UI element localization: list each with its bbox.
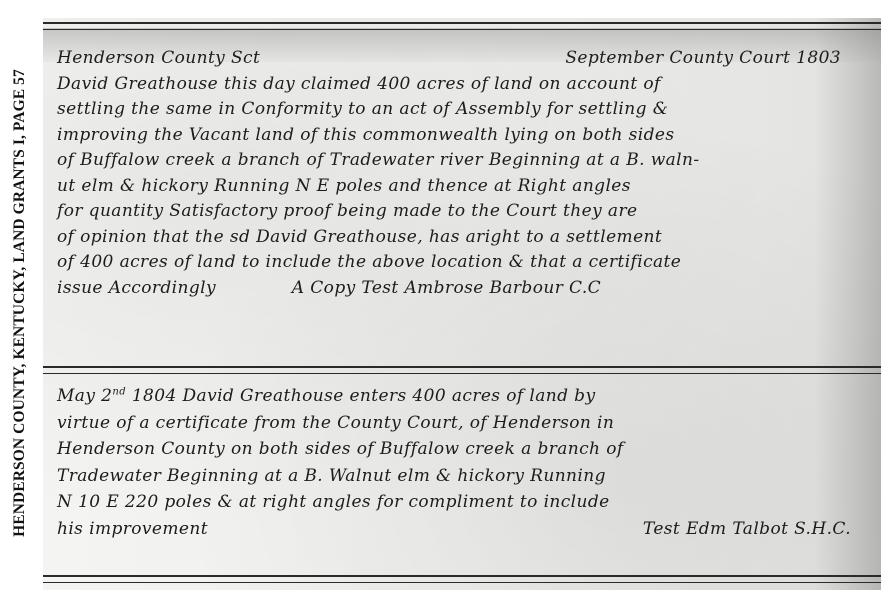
surveyor-attestation: Test Edm Talbot S.H.C. <box>643 519 851 539</box>
text-line: Henderson County on both sides of Buffal… <box>57 439 871 466</box>
archive-reference-text: HENDERSON COUNTY, KENTUCKY, LAND GRANTS … <box>11 69 29 537</box>
entry-heading: Henderson County Sct September County Co… <box>57 48 871 74</box>
closing-line: issue Accordingly A Copy Test Ambrose Ba… <box>57 278 871 304</box>
entry-first-line: May 2nd 1804 David Greathouse enters 400… <box>57 386 871 413</box>
top-rule <box>43 22 881 30</box>
text-line: improving the Vacant land of this common… <box>57 125 871 151</box>
document-page: Henderson County Sct September County Co… <box>43 18 881 590</box>
entry-date: May 2nd 1804 <box>57 386 177 406</box>
text-line: of 400 acres of land to include the abov… <box>57 252 871 278</box>
text-line: N 10 E 220 poles & at right angles for c… <box>57 492 871 519</box>
county-heading: Henderson County Sct <box>57 48 260 74</box>
text-line: ut elm & hickory Running N E poles and t… <box>57 176 871 202</box>
text-line: David Greathouse this day claimed 400 ac… <box>57 74 871 100</box>
text-line: Tradewater Beginning at a B. Walnut elm … <box>57 466 871 493</box>
entry-1804-entry: May 2nd 1804 David Greathouse enters 400… <box>57 386 871 545</box>
clerk-attestation: A Copy Test Ambrose Barbour C.C <box>292 278 601 298</box>
text-line: for quantity Satisfactory proof being ma… <box>57 201 871 227</box>
text-line: settling the same in Conformity to an ac… <box>57 99 871 125</box>
bottom-rule <box>43 575 881 583</box>
archive-reference-label: HENDERSON COUNTY, KENTUCKY, LAND GRANTS … <box>0 0 40 605</box>
closing-line: his improvement Test Edm Talbot S.H.C. <box>57 519 871 546</box>
text-line: virtue of a certificate from the County … <box>57 413 871 440</box>
text-line: of opinion that the sd David Greathouse,… <box>57 227 871 253</box>
court-date-heading: September County Court 1803 <box>565 48 847 74</box>
closing-text: issue Accordingly <box>57 278 216 298</box>
middle-rule <box>43 366 881 374</box>
text-line: of Buffalow creek a branch of Tradewater… <box>57 150 871 176</box>
entry-1803-claim: Henderson County Sct September County Co… <box>57 48 871 303</box>
closing-text: his improvement <box>57 519 208 539</box>
entry-first-line-text: David Greathouse enters 400 acres of lan… <box>177 386 596 406</box>
